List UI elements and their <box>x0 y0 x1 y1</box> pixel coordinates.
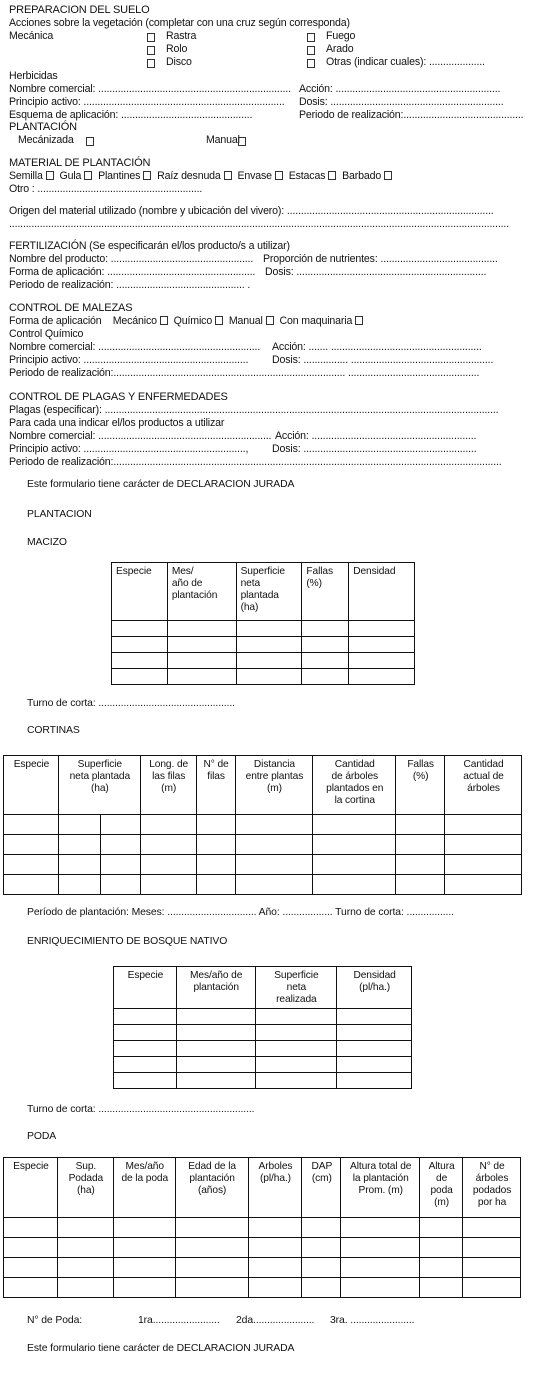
table-cell[interactable] <box>248 1218 302 1238</box>
table-cell[interactable] <box>302 621 349 637</box>
column-header: Cantidad de árboles plantados en la cort… <box>313 756 396 815</box>
table-cell[interactable] <box>313 815 396 835</box>
cortinas-table: EspecieSuperficie neta plantada (ha)Long… <box>3 755 522 895</box>
table-cell[interactable] <box>4 1278 58 1298</box>
table-cell[interactable] <box>167 621 236 637</box>
cortinas-periodo-field[interactable]: Período de plantación: Meses: ..........… <box>27 906 454 919</box>
column-header-label: N° de filas <box>197 756 235 783</box>
manual-checkbox[interactable] <box>238 137 246 146</box>
table-cell[interactable] <box>167 669 236 685</box>
table-cell[interactable] <box>235 835 313 855</box>
table-row <box>4 1218 521 1238</box>
mecanica-label: Mecánica <box>9 30 53 43</box>
quimico-checkbox[interactable] <box>215 316 223 325</box>
rolo-label: Rolo <box>166 43 187 56</box>
column-header: Especie <box>4 1158 58 1218</box>
enriquecimiento-title: ENRIQUECIMIENTO DE BOSQUE NATIVO <box>27 935 227 948</box>
material-options: Semilla Gula Plantines Raíz desnuda Enva… <box>9 170 395 183</box>
table-cell[interactable] <box>236 653 302 669</box>
table-cell[interactable] <box>4 1218 58 1238</box>
material-title: MATERIAL DE PLANTACIÓN <box>9 157 150 170</box>
malezas-title: CONTROL DE MALEZAS <box>9 302 132 315</box>
table-cell[interactable] <box>302 669 349 685</box>
table-row <box>114 1073 412 1089</box>
para-cada-label: Para cada una indicar el/los productos a… <box>9 417 224 430</box>
table-header-row: EspecieMes/año de plantaciónSuperficie n… <box>114 967 412 1009</box>
column-header: Long. de las filas (m) <box>140 756 196 815</box>
table-cell[interactable] <box>58 875 100 895</box>
enriquecimiento-table: EspecieMes/año de plantaciónSuperficie n… <box>113 966 412 1089</box>
table-cell[interactable] <box>396 835 445 855</box>
table-cell[interactable] <box>57 1218 113 1238</box>
column-header-label: Densidad (pl/ha.) <box>337 967 411 994</box>
fert-forma-field[interactable]: Forma de aplicación: ...................… <box>9 266 255 279</box>
table-cell[interactable] <box>396 855 445 875</box>
macizo-turno-field[interactable]: Turno de corta: ........................… <box>27 697 235 710</box>
table-row <box>4 855 522 875</box>
disco-label: Disco <box>166 56 192 69</box>
column-header: Sup. Podada (ha) <box>57 1158 113 1218</box>
table-cell[interactable] <box>196 835 235 855</box>
column-header: N° de árboles podados por ha <box>463 1158 521 1218</box>
raiz-desnuda-checkbox[interactable] <box>224 171 232 180</box>
manual-mal-label: Manual <box>229 315 263 327</box>
maquinaria-label: Con maquinaria <box>280 315 353 327</box>
column-header-label: Especie <box>4 1158 57 1173</box>
n-poda-label: N° de Poda: <box>27 1314 82 1327</box>
table-cell[interactable] <box>337 1041 412 1057</box>
table-cell[interactable] <box>236 621 302 637</box>
table-header-row: EspecieSup. Podada (ha)Mes/año de la pod… <box>4 1158 521 1218</box>
mecanizada-checkbox[interactable] <box>86 137 94 146</box>
column-header: Superficie neta plantada (ha) <box>236 563 302 621</box>
manual-label: Manual <box>206 134 240 147</box>
table-header-row: EspecieMes/ año de plantaciónSuperficie … <box>112 563 415 621</box>
plagas-periodo-field[interactable]: Periodo de realización:.................… <box>9 456 511 469</box>
table-cell[interactable] <box>57 1278 113 1298</box>
poda-title: PODA <box>27 1130 56 1143</box>
fuego-label: Fuego <box>326 30 355 43</box>
table-cell[interactable] <box>255 1009 337 1025</box>
table-cell[interactable] <box>302 1218 341 1238</box>
table-cell[interactable] <box>349 637 415 653</box>
mal-periodo-field[interactable]: Periodo de realización:.................… <box>9 367 511 380</box>
otro-field[interactable]: Otro : .................................… <box>9 183 202 196</box>
column-header: Densidad (pl/ha.) <box>337 967 412 1009</box>
table-header-row: EspecieSuperficie neta plantada (ha)Long… <box>4 756 522 815</box>
table-cell[interactable] <box>349 621 415 637</box>
table-cell[interactable] <box>420 1238 463 1258</box>
table-cell[interactable] <box>58 835 100 855</box>
herbicida-principio-field[interactable]: Principio activo: ......................… <box>9 96 285 109</box>
column-header: Fallas (%) <box>302 563 349 621</box>
macizo-title: MACIZO <box>27 536 67 549</box>
table-row <box>112 669 415 685</box>
table-cell[interactable] <box>100 835 140 855</box>
table-cell[interactable] <box>4 1238 58 1258</box>
rastra-label: Rastra <box>166 30 196 43</box>
table-cell[interactable] <box>176 1041 255 1057</box>
plagas-dosis-field[interactable]: Dosis: .................................… <box>272 443 477 456</box>
acciones-instruction: Acciones sobre la vegetación (completar … <box>9 17 350 30</box>
envase-label: Envase <box>237 170 271 182</box>
n-poda-3-field[interactable]: 3ra. ....................... <box>330 1314 414 1327</box>
table-cell[interactable] <box>248 1238 302 1258</box>
column-header: Arboles (pl/ha.) <box>248 1158 302 1218</box>
table-cell[interactable] <box>175 1278 248 1298</box>
table-cell[interactable] <box>463 1258 521 1278</box>
table-cell[interactable] <box>4 835 59 855</box>
table-cell[interactable] <box>114 1073 177 1089</box>
column-header-label: Long. de las filas (m) <box>141 756 196 795</box>
column-header-label: Cantidad de árboles plantados en la cort… <box>313 756 395 807</box>
table-cell[interactable] <box>113 1278 175 1298</box>
plagas-principio-field[interactable]: Principio activo: ......................… <box>9 443 248 456</box>
column-header: N° de filas <box>196 756 235 815</box>
mecanico-label: Mecánico <box>113 315 157 327</box>
cortinas-title: CORTINAS <box>27 724 80 737</box>
column-header-label: Especie <box>4 756 58 771</box>
table-cell[interactable] <box>248 1258 302 1278</box>
table-cell[interactable] <box>114 1009 177 1025</box>
mal-nombre-field[interactable]: Nombre comercial: ......................… <box>9 341 260 354</box>
column-header: Cantidad actual de árboles <box>445 756 522 815</box>
enriq-turno-field[interactable]: Turno de corta: ........................… <box>27 1103 254 1116</box>
mecanizada-label: Mecánizada <box>18 134 74 147</box>
table-cell[interactable] <box>341 1218 420 1238</box>
table-cell[interactable] <box>420 1258 463 1278</box>
column-header-label: N° de árboles podados por ha <box>463 1158 520 1209</box>
herbicida-periodo-field[interactable]: Periodo de realización:.................… <box>299 109 523 122</box>
table-row <box>4 1258 521 1278</box>
guia-label: Gula <box>59 170 81 182</box>
estacas-checkbox[interactable] <box>328 171 336 180</box>
origen-field[interactable]: Origen del material utilizado (nombre y … <box>9 205 494 218</box>
table-cell[interactable] <box>463 1278 521 1298</box>
fert-dosis-field[interactable]: Dosis: .................................… <box>265 266 486 279</box>
table-cell[interactable] <box>313 855 396 875</box>
column-header: Mes/año de plantación <box>176 967 255 1009</box>
fertilizacion-title: FERTILIZACIÓN (Se especificarán el/los p… <box>9 240 290 253</box>
table-row <box>114 1057 412 1073</box>
table-cell[interactable] <box>176 1025 255 1041</box>
table-cell[interactable] <box>4 815 59 835</box>
column-header-label: Superficie neta realizada <box>256 967 337 1006</box>
fuego-checkbox[interactable] <box>307 33 315 42</box>
table-cell[interactable] <box>341 1238 420 1258</box>
column-header: Altura de poda (m) <box>420 1158 463 1218</box>
table-cell[interactable] <box>349 653 415 669</box>
table-cell[interactable] <box>236 637 302 653</box>
table-cell[interactable] <box>255 1057 337 1073</box>
estacas-label: Estacas <box>289 170 326 182</box>
table-cell[interactable] <box>112 637 168 653</box>
table-row <box>4 1278 521 1298</box>
guia-checkbox[interactable] <box>84 171 92 180</box>
table-cell[interactable] <box>113 1258 175 1278</box>
table-cell[interactable] <box>176 1009 255 1025</box>
rolo-checkbox[interactable] <box>147 46 155 55</box>
column-header-label: Densidad <box>349 563 414 578</box>
herbicida-nombre-field[interactable]: Nombre comercial: ......................… <box>9 83 291 96</box>
table-cell[interactable] <box>100 815 140 835</box>
quimico-label: Químico <box>174 315 212 327</box>
fert-nombre-field[interactable]: Nombre del producto: ...................… <box>9 253 253 266</box>
column-header-label: Superficie neta plantada (ha) <box>59 756 140 795</box>
table-cell[interactable] <box>302 1258 341 1278</box>
table-cell[interactable] <box>463 1238 521 1258</box>
herbicida-accion-field[interactable]: Acción: ................................… <box>299 83 500 96</box>
column-header-label: Altura total de la plantación Prom. (m) <box>341 1158 419 1197</box>
column-header-label: DAP (cm) <box>302 1158 340 1185</box>
table-cell[interactable] <box>445 855 522 875</box>
table-row <box>4 1238 521 1258</box>
disco-checkbox[interactable] <box>147 59 155 68</box>
column-header-label: Cantidad actual de árboles <box>445 756 521 795</box>
table-row <box>4 875 522 895</box>
table-cell[interactable] <box>341 1258 420 1278</box>
table-row <box>112 637 415 653</box>
column-header: Especie <box>112 563 168 621</box>
column-header-label: Mes/año de la poda <box>114 1158 175 1185</box>
table-cell[interactable] <box>445 815 522 835</box>
mal-accion-field[interactable]: Acción: ....... ........................… <box>272 341 482 354</box>
fert-proporcion-field[interactable]: Proporción de nutrientes: ..............… <box>263 253 498 266</box>
column-header-label: Arboles (pl/ha.) <box>249 1158 302 1185</box>
table-cell[interactable] <box>255 1073 337 1089</box>
macizo-table: EspecieMes/ año de plantaciónSuperficie … <box>111 562 415 685</box>
declaracion-jurada-2: Este formulario tiene carácter de DECLAR… <box>27 1342 294 1355</box>
table-cell[interactable] <box>58 815 100 835</box>
column-header: Especie <box>114 967 177 1009</box>
column-header: Mes/año de la poda <box>113 1158 175 1218</box>
table-cell[interactable] <box>196 855 235 875</box>
table-cell[interactable] <box>114 1025 177 1041</box>
table-row <box>114 1025 412 1041</box>
table-cell[interactable] <box>255 1041 337 1057</box>
table-cell[interactable] <box>167 653 236 669</box>
table-cell[interactable] <box>248 1278 302 1298</box>
poda-table: EspecieSup. Podada (ha)Mes/año de la pod… <box>3 1157 521 1298</box>
table-cell[interactable] <box>235 875 313 895</box>
column-header-label: Mes/año de plantación <box>177 967 255 994</box>
table-cell[interactable] <box>236 669 302 685</box>
table-cell[interactable] <box>235 855 313 875</box>
table-cell[interactable] <box>167 637 236 653</box>
control-quimico-label: Control Químico <box>9 328 83 341</box>
table-cell[interactable] <box>420 1278 463 1298</box>
table-row <box>114 1009 412 1025</box>
table-cell[interactable] <box>100 855 140 875</box>
table-cell[interactable] <box>175 1238 248 1258</box>
table-cell[interactable] <box>337 1025 412 1041</box>
arado-label: Arado <box>326 43 354 56</box>
table-cell[interactable] <box>196 875 235 895</box>
column-header-label: Distancia entre plantas (m) <box>236 756 313 795</box>
envase-checkbox[interactable] <box>275 171 283 180</box>
table-cell[interactable] <box>4 855 59 875</box>
column-header: Superficie neta realizada <box>255 967 337 1009</box>
table-cell[interactable] <box>235 815 313 835</box>
maquinaria-checkbox[interactable] <box>355 316 363 325</box>
column-header-label: Fallas (%) <box>302 563 348 590</box>
table-cell[interactable] <box>58 855 100 875</box>
plagas-title: CONTROL DE PLAGAS Y ENFERMEDADES <box>9 391 228 404</box>
table-row <box>112 653 415 669</box>
fert-periodo-field[interactable]: Periodo de realización: ................… <box>9 279 250 292</box>
column-header-label: Mes/ año de plantación <box>168 563 236 602</box>
table-cell[interactable] <box>113 1218 175 1238</box>
table-cell[interactable] <box>140 875 196 895</box>
table-cell[interactable] <box>302 637 349 653</box>
plagas-nombre-field[interactable]: Nombre comercial: ......................… <box>9 430 271 443</box>
column-header: Superficie neta plantada (ha) <box>58 756 140 815</box>
table-cell[interactable] <box>196 815 235 835</box>
table-row <box>112 621 415 637</box>
table-cell[interactable] <box>140 815 196 835</box>
column-header-label: Superficie neta plantada (ha) <box>237 563 302 614</box>
column-header: Densidad <box>349 563 415 621</box>
table-cell[interactable] <box>463 1218 521 1238</box>
table-row <box>4 815 522 835</box>
n-poda-2-field[interactable]: 2da...................... <box>236 1314 314 1327</box>
table-cell[interactable] <box>112 621 168 637</box>
forma-aplicacion-label: Forma de aplicación <box>9 315 102 327</box>
column-header: DAP (cm) <box>302 1158 341 1218</box>
table-cell[interactable] <box>175 1218 248 1238</box>
declaracion-jurada-1: Este formulario tiene carácter de DECLAR… <box>27 478 294 491</box>
plantines-checkbox[interactable] <box>143 171 151 180</box>
table-row <box>114 1041 412 1057</box>
n-poda-1-field[interactable]: 1ra........................ <box>138 1314 220 1327</box>
column-header-label: Sup. Podada (ha) <box>58 1158 113 1197</box>
table-cell[interactable] <box>57 1238 113 1258</box>
table-cell[interactable] <box>112 669 168 685</box>
manual-mal-checkbox[interactable] <box>266 316 274 325</box>
table-cell[interactable] <box>349 669 415 685</box>
table-cell[interactable] <box>114 1041 177 1057</box>
table-cell[interactable] <box>337 1073 412 1089</box>
table-cell[interactable] <box>302 1238 341 1258</box>
mal-principio-field[interactable]: Principio activo: ......................… <box>9 354 248 367</box>
barbado-label: Barbado <box>342 170 381 182</box>
rastra-checkbox[interactable] <box>147 33 155 42</box>
table-cell[interactable] <box>255 1025 337 1041</box>
mal-dosis-field[interactable]: Dosis: ................ ................… <box>272 354 493 367</box>
preparacion-title: PREPARACION DEL SUELO <box>9 4 150 17</box>
table-cell[interactable] <box>302 1278 341 1298</box>
otras-checkbox[interactable] <box>307 59 315 68</box>
table-cell[interactable] <box>445 875 522 895</box>
otras-field[interactable]: Otras (indicar cuales): ................… <box>326 56 485 69</box>
table-cell[interactable] <box>445 835 522 855</box>
column-header: Fallas (%) <box>396 756 445 815</box>
plagas-field[interactable]: Plagas (especificar): ..................… <box>9 404 511 417</box>
column-header: Altura total de la plantación Prom. (m) <box>341 1158 420 1218</box>
table-cell[interactable] <box>113 1238 175 1258</box>
semilla-label: Semilla <box>9 170 43 182</box>
arado-checkbox[interactable] <box>307 46 315 55</box>
origen-field-line2[interactable]: ........................................… <box>9 218 511 231</box>
semilla-checkbox[interactable] <box>46 171 54 180</box>
plantacion-title: PLANTACION <box>27 508 92 521</box>
table-cell[interactable] <box>341 1278 420 1298</box>
table-cell[interactable] <box>176 1073 255 1089</box>
column-header-label: Especie <box>112 563 167 578</box>
table-cell[interactable] <box>337 1057 412 1073</box>
malezas-forma-row: Forma de aplicación Mecánico Químico Man… <box>9 315 366 328</box>
table-cell[interactable] <box>4 875 59 895</box>
table-cell[interactable] <box>396 815 445 835</box>
column-header: Distancia entre plantas (m) <box>235 756 313 815</box>
barbado-checkbox[interactable] <box>384 171 392 180</box>
column-header-label: Edad de la plantación (años) <box>176 1158 248 1197</box>
table-cell[interactable] <box>302 653 349 669</box>
table-cell[interactable] <box>176 1057 255 1073</box>
plantines-label: Plantines <box>98 170 140 182</box>
table-cell[interactable] <box>140 855 196 875</box>
table-cell[interactable] <box>140 835 196 855</box>
table-cell[interactable] <box>114 1057 177 1073</box>
column-header-label: Altura de poda (m) <box>420 1158 462 1209</box>
table-row <box>4 835 522 855</box>
herbicida-dosis-field[interactable]: Dosis: .................................… <box>299 96 504 109</box>
column-header: Edad de la plantación (años) <box>175 1158 248 1218</box>
table-cell[interactable] <box>175 1258 248 1278</box>
table-cell[interactable] <box>420 1218 463 1238</box>
column-header: Especie <box>4 756 59 815</box>
column-header: Mes/ año de plantación <box>167 563 236 621</box>
herbicidas-title: Herbicidas <box>9 70 58 83</box>
table-cell[interactable] <box>57 1258 113 1278</box>
column-header-label: Fallas (%) <box>396 756 444 783</box>
mecanico-checkbox[interactable] <box>160 316 168 325</box>
plantacion-metodo-title: PLANTACIÓN <box>9 121 77 134</box>
table-cell[interactable] <box>313 835 396 855</box>
table-cell[interactable] <box>112 653 168 669</box>
plagas-accion-field[interactable]: Acción: ................................… <box>275 430 476 443</box>
raiz-desnuda-label: Raíz desnuda <box>157 170 221 182</box>
column-header-label: Especie <box>114 967 176 982</box>
table-cell[interactable] <box>337 1009 412 1025</box>
table-cell[interactable] <box>100 875 140 895</box>
table-cell[interactable] <box>4 1258 58 1278</box>
table-cell[interactable] <box>396 875 445 895</box>
table-cell[interactable] <box>313 875 396 895</box>
